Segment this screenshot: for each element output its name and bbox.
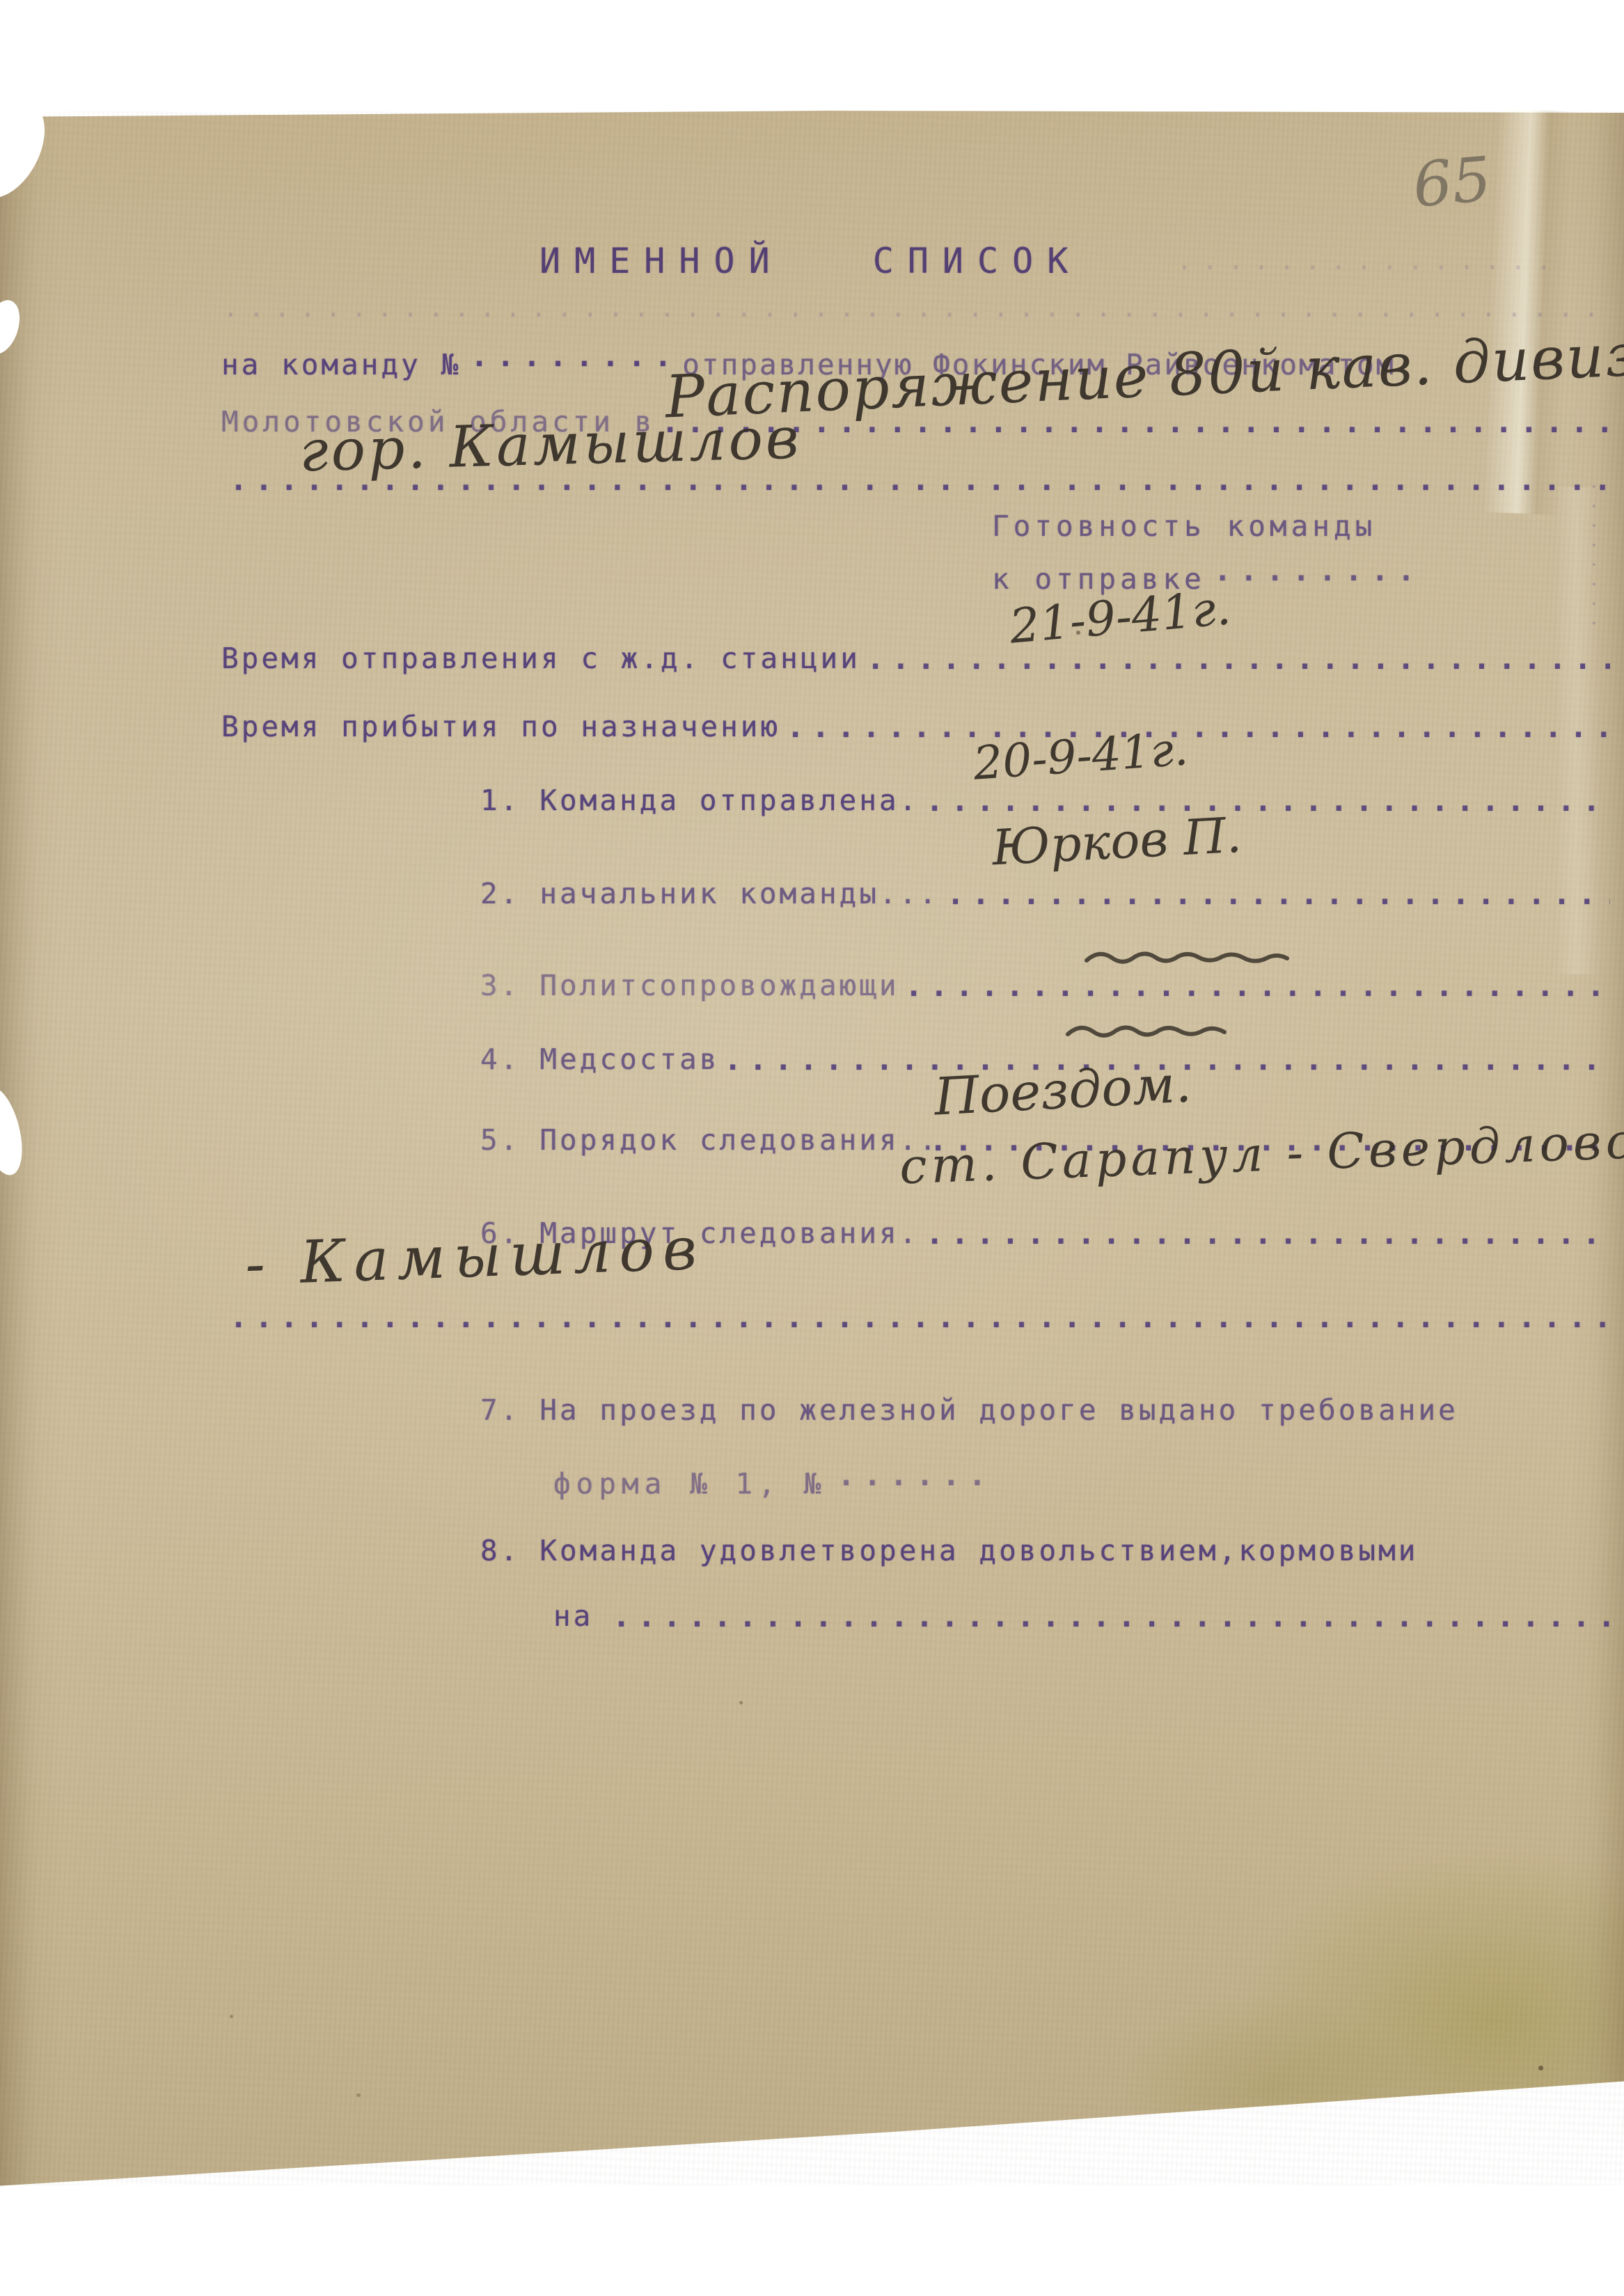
list-item-line2: форма № 1, №...... (553, 1459, 991, 1501)
dotted-leader: ........................................… (230, 463, 1609, 502)
arrival-label: Время прибытия по назначению (221, 710, 780, 743)
list-item: 7.На проезд по железной дороге выдано тр… (480, 1393, 1458, 1427)
dotted-leader: ......... (1214, 554, 1409, 589)
item-number: 3. (480, 969, 520, 1002)
intro-line1-label: на команду № (221, 348, 461, 381)
item-label: Медсостав (539, 1043, 719, 1076)
item-label: Команда удовлетворена довольствием,кормо… (539, 1534, 1418, 1567)
dotted-leader: ........................................… (787, 710, 1610, 749)
dotted-leader: ........................................… (867, 642, 1610, 681)
item-line2-label: форма № 1, № (553, 1467, 826, 1501)
item-number: 7. (480, 1393, 520, 1427)
dotted-leader: ........................................… (613, 1599, 1610, 1638)
item-label: Политсопровождающи (539, 969, 899, 1002)
title-word: ИМЕННОЙ (539, 241, 784, 281)
bleedthrough-dots-vertical: ......... (1593, 480, 1611, 640)
list-item: 3.Политсопровождающи (480, 969, 899, 1002)
handwritten-dash-icon (1064, 1019, 1245, 1043)
item-label: На проезд по железной дороге выдано треб… (539, 1393, 1458, 1427)
list-item: 5.Порядок следования.. (480, 1123, 939, 1157)
list-item: 1.Команда отправлена. (480, 784, 919, 817)
item-label: Команда отправлена. (539, 784, 919, 817)
dotted-leader: ........................................… (947, 877, 1610, 916)
item-number: 8. (480, 1534, 520, 1567)
title-word: СПИСОК (873, 241, 1082, 281)
item-number: 2. (480, 877, 520, 910)
item-label: Порядок следования.. (539, 1123, 939, 1157)
page-title: ИМЕННОЙСПИСОК (539, 241, 1082, 281)
departure-label: Время отправления с ж.д. станции (221, 642, 860, 675)
scanned-document-page: { "page_number": "65", "title": { "word1… (0, 0, 1624, 2296)
list-item: 8.Команда удовлетворена довольствием,кор… (480, 1534, 1418, 1567)
item-number: 1. (480, 784, 520, 817)
dotted-leader: ........................................… (230, 1300, 1610, 1339)
readiness-line1: Готовность команды (992, 509, 1376, 543)
item-number: 5. (480, 1123, 520, 1157)
bleedthrough-dots: ........................................… (223, 292, 1608, 327)
dotted-leader: ........................................… (905, 969, 1610, 1008)
list-item: 4.Медсостав (480, 1043, 720, 1076)
item-number: 4. (480, 1043, 520, 1076)
dotted-leader: ......... (471, 340, 672, 374)
bleedthrough-dots: ........................................… (1176, 245, 1566, 280)
list-item-line2: на (553, 1599, 593, 1633)
handwritten-dash-icon (1082, 945, 1298, 969)
dotted-leader: ...... (837, 1459, 991, 1494)
item-label: начальник команды... (539, 877, 939, 910)
list-item: 2.начальник команды... (480, 877, 939, 910)
page-number: 65 (1410, 143, 1495, 221)
dotted-leader: ........................................… (926, 1217, 1610, 1256)
